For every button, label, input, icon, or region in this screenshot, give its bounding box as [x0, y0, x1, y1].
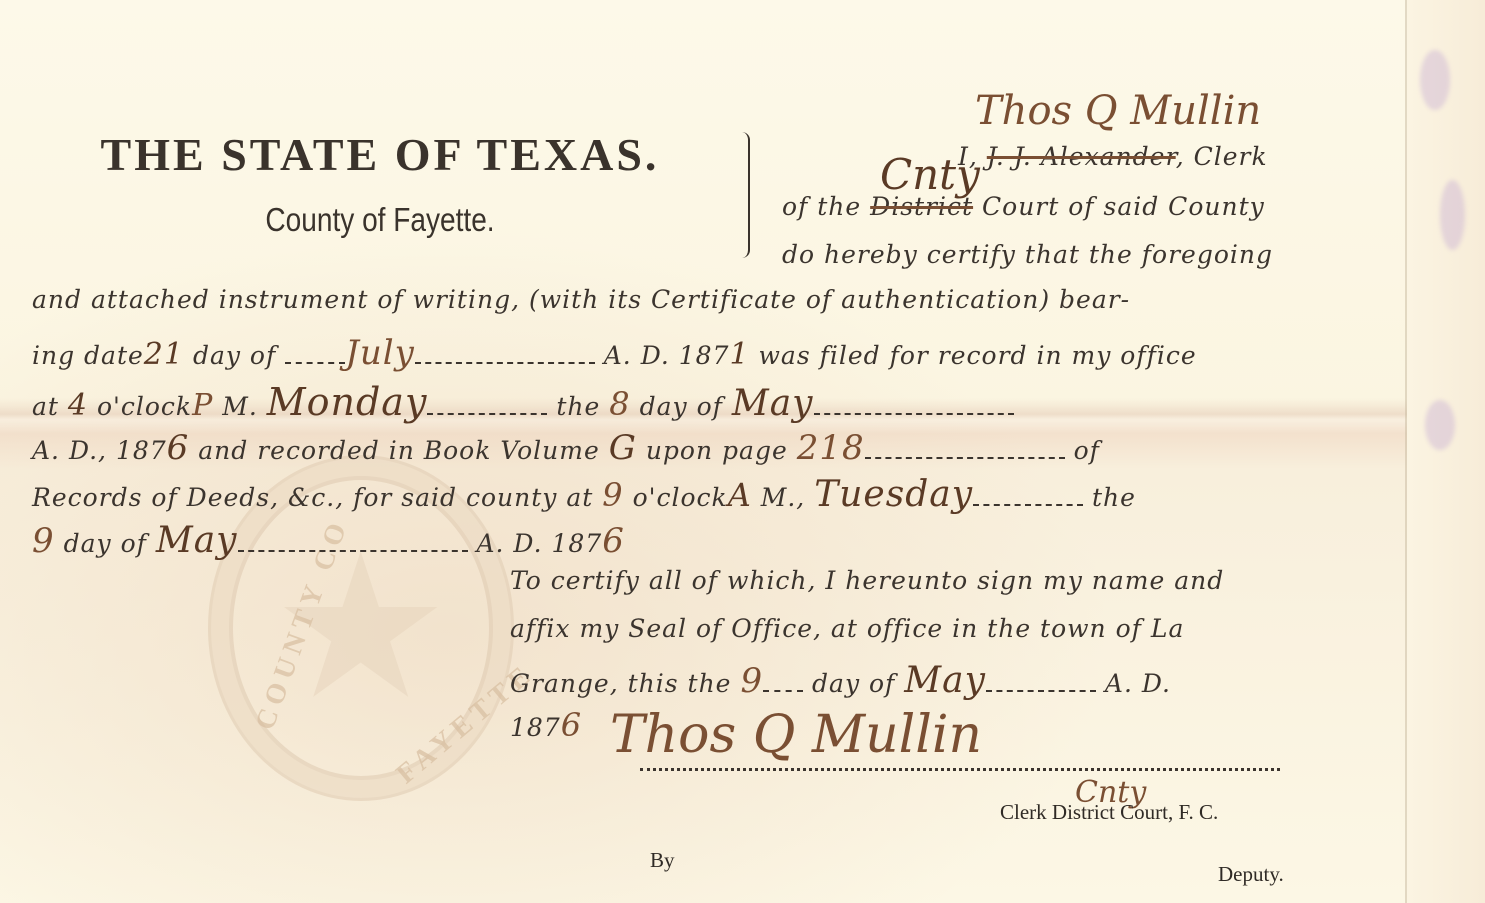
line8-a: Records of Deeds, &c., for said county a…	[32, 483, 593, 512]
recorded-weekday: Tuesday	[814, 474, 973, 515]
ink-stain	[1440, 180, 1465, 250]
line6-c: M.	[222, 392, 258, 421]
line5-c: A. D. 187	[604, 341, 730, 370]
deputy-caption: Deputy.	[1218, 862, 1284, 887]
line5-d: was filed for record in my office	[759, 341, 1197, 370]
inserted-clerk-name: Thos Q Mullin	[975, 88, 1261, 134]
line6-e: day of	[640, 392, 723, 421]
line6-b: o'clock	[97, 392, 192, 421]
vertical-fold	[1405, 0, 1407, 903]
signed-year-digit: 6	[561, 706, 582, 744]
line9-b: A. D. 187	[476, 529, 602, 558]
signature-caption: Clerk District Court, F. C.	[1000, 800, 1218, 825]
ink-stain	[1420, 50, 1450, 110]
instrument-month: July	[345, 333, 415, 373]
line8-d: the	[1092, 483, 1136, 512]
line13-a: 187	[510, 713, 561, 742]
line9-a: day of	[64, 529, 147, 558]
line7-c: upon page	[646, 436, 788, 465]
line5-a: ing date	[32, 341, 144, 370]
filed-weekday: Monday	[267, 380, 428, 424]
paper-edge-strip	[1407, 0, 1485, 903]
signed-day: 9	[740, 661, 763, 701]
line6-a: at	[32, 392, 59, 421]
filed-year-digit: 6	[167, 428, 190, 468]
line7-b: and recorded in Book Volume	[198, 436, 599, 465]
deputy-prefix: By	[650, 848, 675, 873]
line7-d: of	[1074, 436, 1100, 465]
line7-a: A. D., 187	[32, 436, 167, 465]
line8-c: M.,	[761, 483, 806, 512]
document-title: THE STATE OF TEXAS.	[20, 128, 740, 181]
line4: and attached instrument of writing, (wit…	[32, 285, 1130, 314]
header-bracket	[738, 132, 750, 258]
signed-month: May	[904, 660, 986, 701]
instrument-day: 21	[144, 337, 184, 372]
filed-hour: 4	[68, 388, 88, 423]
filed-day: 8	[609, 385, 630, 423]
line12-c: A. D.	[1105, 669, 1171, 698]
signature-line	[640, 768, 1280, 771]
ink-stain	[1425, 400, 1455, 450]
county-name: County of Fayette.	[74, 201, 686, 239]
recorded-month: May	[156, 520, 238, 561]
line12-b: day of	[812, 669, 895, 698]
line3: do hereby certify that the foregoing	[782, 240, 1273, 269]
struck-court-type: District	[870, 192, 973, 221]
line8-b: o'clock	[633, 483, 728, 512]
recorded-hour: 9	[602, 476, 623, 514]
line2-prefix: of the	[782, 192, 861, 221]
struck-clerk-name: J. J. Alexander	[987, 142, 1176, 171]
filed-month: May	[732, 383, 814, 424]
line2-suffix: Court of said County	[982, 192, 1265, 221]
recorded-day: 9	[32, 521, 55, 561]
clerk-signature: Thos Q Mullin	[610, 705, 982, 765]
filed-ampm: P	[192, 388, 213, 423]
page-number: 218	[797, 428, 865, 468]
recorded-year-digit: 6	[602, 521, 625, 561]
line10: To certify all of which, I hereunto sign…	[510, 566, 1224, 595]
recorded-ampm: A	[728, 476, 752, 514]
line11: affix my Seal of Office, at office in th…	[510, 614, 1184, 643]
instrument-year-digit: 1	[729, 337, 749, 372]
line5-b: day of	[193, 341, 276, 370]
line6-d: the	[556, 392, 600, 421]
line1-suffix: , Clerk	[1176, 142, 1268, 171]
line12-a: Grange, this the	[510, 669, 731, 698]
book-volume: G	[609, 428, 637, 468]
document-header: THE STATE OF TEXAS. County of Fayette.	[20, 128, 740, 239]
